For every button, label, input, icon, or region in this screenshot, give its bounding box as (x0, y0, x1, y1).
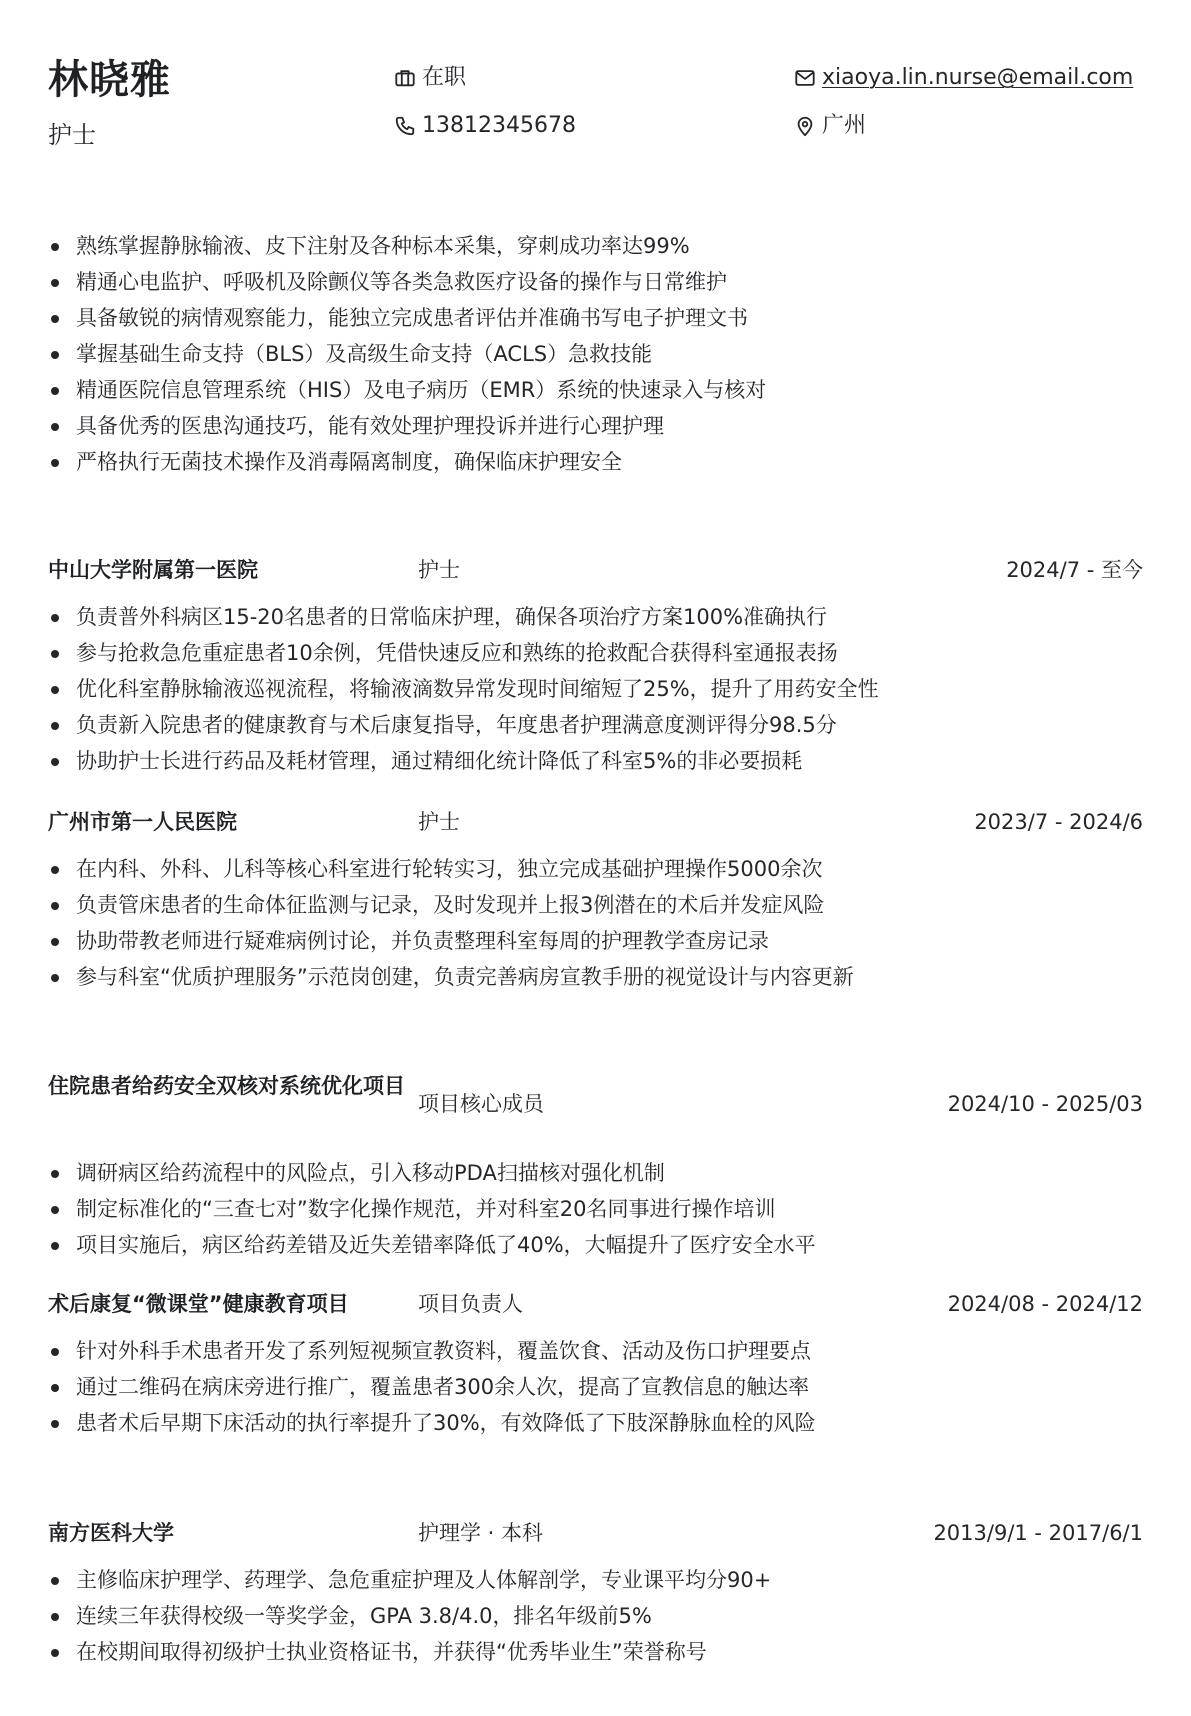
candidate-name: 林晓雅 (48, 56, 171, 104)
skill-item: 熟练掌握静脉输液、皮下注射及各种标本采集，穿刺成功率达99% (48, 228, 766, 264)
project-entry-header: 住院患者给药安全双核对系统优化项目 项目核心成员 2024/10 - 2025/… (48, 1072, 1143, 1144)
project-bullet: 针对外科手术患者开发了系列短视频宣教资料，覆盖饮食、活动及伤口护理要点 (48, 1333, 816, 1369)
contact-email[interactable]: xiaoya.lin.nurse@email.com (794, 64, 1133, 93)
experience-bullet: 参与抢救急危重症患者10余例，凭借快速反应和熟练的抢救配合获得科室通报表扬 (48, 635, 879, 671)
skills-list: 熟练掌握静脉输液、皮下注射及各种标本采集，穿刺成功率达99% 精通心电监护、呼吸… (48, 228, 766, 480)
experience-bullet: 负责新入院患者的健康教育与术后康复指导，年度患者护理满意度测评得分98.5分 (48, 707, 879, 743)
school-name: 南方医科大学 (48, 1515, 408, 1551)
experience-bullet: 负责普外科病区15-20名患者的日常临床护理，确保各项治疗方案100%准确执行 (48, 599, 879, 635)
education-bullets: 主修临床护理学、药理学、急危重症护理及人体解剖学，专业课平均分90+ 连续三年获… (48, 1562, 771, 1670)
project-dates: 2024/08 - 2024/12 (948, 1286, 1143, 1322)
project-bullet: 通过二维码在病床旁进行推广，覆盖患者300余人次，提高了宣教信息的触达率 (48, 1369, 816, 1405)
skill-item: 掌握基础生命支持（BLS）及高级生命支持（ACLS）急救技能 (48, 336, 766, 372)
education-bullet: 连续三年获得校级一等奖学金，GPA 3.8/4.0，排名年级前5% (48, 1598, 771, 1634)
project-role: 项目负责人 (418, 1286, 523, 1322)
mail-icon (794, 67, 816, 89)
experience-bullet: 在内科、外科、儿科等核心科室进行轮转实习，独立完成基础护理操作5000余次 (48, 851, 854, 887)
experience-bullets: 负责普外科病区15-20名患者的日常临床护理，确保各项治疗方案100%准确执行 … (48, 599, 879, 779)
project-bullet: 项目实施后，病区给药差错及近失差错率降低了40%，大幅提升了医疗安全水平 (48, 1227, 816, 1263)
project-bullet: 调研病区给药流程中的风险点，引入移动PDA扫描核对强化机制 (48, 1155, 816, 1191)
employer-name: 中山大学附属第一医院 (48, 552, 408, 588)
experience-bullet: 协助护士长进行药品及耗材管理，通过精细化统计降低了科室5%的非必要损耗 (48, 743, 879, 779)
experience-bullet: 优化科室静脉输液巡视流程，将输液滴数异常发现时间缩短了25%，提升了用药安全性 (48, 671, 879, 707)
contact-location: 广州 (794, 112, 866, 141)
project-bullet: 患者术后早期下床活动的执行率提升了30%，有效降低了下肢深静脉血栓的风险 (48, 1405, 816, 1441)
location-text: 广州 (822, 112, 866, 141)
experience-bullet: 负责管床患者的生命体征监测与记录，及时发现并上报3例潜在的术后并发症风险 (48, 887, 854, 923)
project-bullets: 调研病区给药流程中的风险点，引入移动PDA扫描核对强化机制 制定标准化的“三查七… (48, 1155, 816, 1263)
phone-icon (394, 115, 416, 137)
education-dates: 2013/9/1 - 2017/6/1 (933, 1515, 1143, 1551)
degree: 护理学 · 本科 (418, 1515, 543, 1551)
resume-header: 林晓雅 护士 在职 13812345678 xiaoya.lin.nurse@e… (48, 52, 1143, 162)
project-bullet: 制定标准化的“三查七对”数字化操作规范，并对科室20名同事进行操作培训 (48, 1191, 816, 1227)
contact-status: 在职 (394, 64, 466, 93)
contact-phone: 13812345678 (394, 112, 576, 141)
employer-name: 广州市第一人民医院 (48, 804, 408, 840)
status-text: 在职 (422, 64, 466, 93)
project-dates: 2024/10 - 2025/03 (948, 1086, 1143, 1122)
education-bullet: 主修临床护理学、药理学、急危重症护理及人体解剖学，专业课平均分90+ (48, 1562, 771, 1598)
phone-text: 13812345678 (422, 112, 576, 141)
skill-item: 精通心电监护、呼吸机及除颤仪等各类急救医疗设备的操作与日常维护 (48, 264, 766, 300)
experience-bullet: 协助带教老师进行疑难病例讨论，并负责整理科室每周的护理教学查房记录 (48, 923, 854, 959)
job-dates: 2024/7 - 至今 (1006, 552, 1143, 588)
experience-bullet: 参与科室“优质护理服务”示范岗创建，负责完善病房宣教手册的视觉设计与内容更新 (48, 959, 854, 995)
experience-bullets: 在内科、外科、儿科等核心科室进行轮转实习，独立完成基础护理操作5000余次 负责… (48, 851, 854, 995)
skill-item: 具备优秀的医患沟通技巧，能有效处理护理投诉并进行心理护理 (48, 408, 766, 444)
job-dates: 2023/7 - 2024/6 (974, 804, 1143, 840)
briefcase-icon (394, 67, 416, 89)
map-pin-icon (794, 115, 816, 137)
project-bullets: 针对外科手术患者开发了系列短视频宣教资料，覆盖饮食、活动及伤口护理要点 通过二维… (48, 1333, 816, 1441)
project-name: 住院患者给药安全双核对系统优化项目 (48, 1068, 408, 1104)
education-bullet: 在校期间取得初级护士执业资格证书，并获得“优秀毕业生”荣誉称号 (48, 1634, 771, 1670)
candidate-title: 护士 (48, 120, 96, 151)
project-name: 术后康复“微课堂”健康教育项目 (48, 1286, 418, 1322)
skill-item: 精通医院信息管理系统（HIS）及电子病历（EMR）系统的快速录入与核对 (48, 372, 766, 408)
job-role: 护士 (418, 804, 460, 840)
skill-item: 严格执行无菌技术操作及消毒隔离制度，确保临床护理安全 (48, 444, 766, 480)
project-role: 项目核心成员 (418, 1086, 544, 1122)
job-role: 护士 (418, 552, 460, 588)
email-link[interactable]: xiaoya.lin.nurse@email.com (822, 64, 1133, 93)
skill-item: 具备敏锐的病情观察能力，能独立完成患者评估并准确书写电子护理文书 (48, 300, 766, 336)
